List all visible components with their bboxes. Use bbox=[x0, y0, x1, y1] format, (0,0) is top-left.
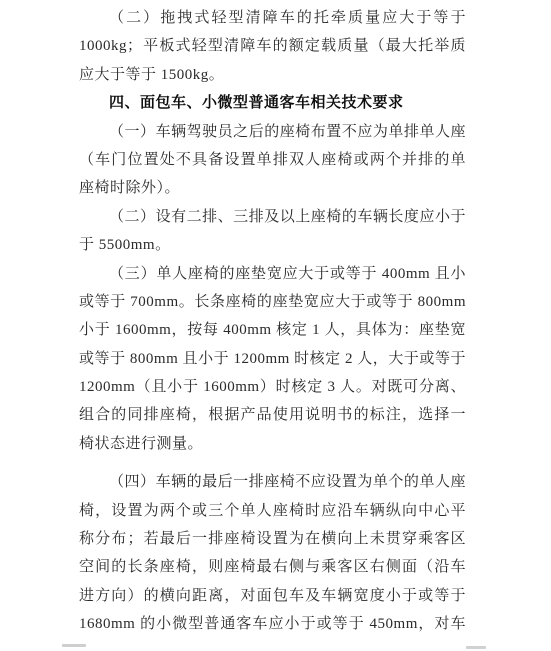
doc-line: 椅状态进行测量。 bbox=[79, 430, 466, 458]
doc-line: （四）车辆的最后一排座椅不应设置为单个的单人座 bbox=[79, 468, 466, 496]
doc-line: 1000kg；平板式轻型清障车的额定载质量（最大托举质量） bbox=[79, 32, 466, 60]
doc-line: （二）设有二排、三排及以上座椅的车辆长度应小于等 bbox=[79, 203, 466, 231]
section-heading: 四、面包车、小微型普通客车相关技术要求 bbox=[79, 89, 466, 117]
doc-line: 空间的长条座椅，则座椅最右侧与乘客区右侧面（沿车辆前 bbox=[79, 553, 466, 581]
scan-artifact-right bbox=[466, 646, 486, 649]
doc-line: 1200mm（且小于 1600mm）时核定 3 人。对既可分离、又可 bbox=[79, 373, 466, 401]
doc-line: 或等于 700mm。长条座椅的座垫宽应大于或等于 800mm 且 bbox=[79, 288, 466, 316]
doc-line: （三）单人座椅的座垫宽应大于或等于 400mm 且小于 bbox=[79, 260, 466, 288]
doc-line: 1680mm 的小微型普通客车应小于或等于 450mm，对车辆宽 bbox=[79, 610, 466, 638]
doc-line: 或等于 800mm 且小于 1200mm 时核定 2 人，大于或等于 bbox=[79, 345, 466, 373]
doc-line: 进方向）的横向距离，对面包车及车辆宽度小于或等于 bbox=[79, 582, 466, 610]
doc-line: 称分布；若最后一排座椅设置为在横向上未贯穿乘客区内部 bbox=[79, 525, 466, 553]
doc-line: 座椅时除外）。 bbox=[79, 174, 466, 202]
doc-line: 于 5500mm。 bbox=[79, 231, 466, 259]
doc-line: （车门位置处不具备设置单排双人座椅或两个并排的单人 bbox=[79, 146, 466, 174]
doc-line: 小于 1600mm，按每 400mm 核定 1 人，具体为：座垫宽大于 bbox=[79, 316, 466, 344]
doc-line: 应大于等于 1500kg。 bbox=[79, 61, 466, 89]
doc-line: （一）车辆驾驶员之后的座椅布置不应为单排单人座椅 bbox=[79, 118, 466, 146]
document-text-block: （二）拖拽式轻型清障车的托牵质量应大于等于 1000kg；平板式轻型清障车的额定… bbox=[79, 4, 466, 639]
doc-line: 椅，设置为两个或三个单人座椅时应沿车辆纵向中心平面对 bbox=[79, 497, 466, 525]
doc-line: 组合的同排座椅，根据产品使用说明书的标注，选择一种座 bbox=[79, 401, 466, 429]
doc-line: （二）拖拽式轻型清障车的托牵质量应大于等于 bbox=[79, 4, 466, 32]
document-page: （二）拖拽式轻型清障车的托牵质量应大于等于 1000kg；平板式轻型清障车的额定… bbox=[0, 0, 551, 651]
scan-artifact-left bbox=[62, 644, 86, 647]
